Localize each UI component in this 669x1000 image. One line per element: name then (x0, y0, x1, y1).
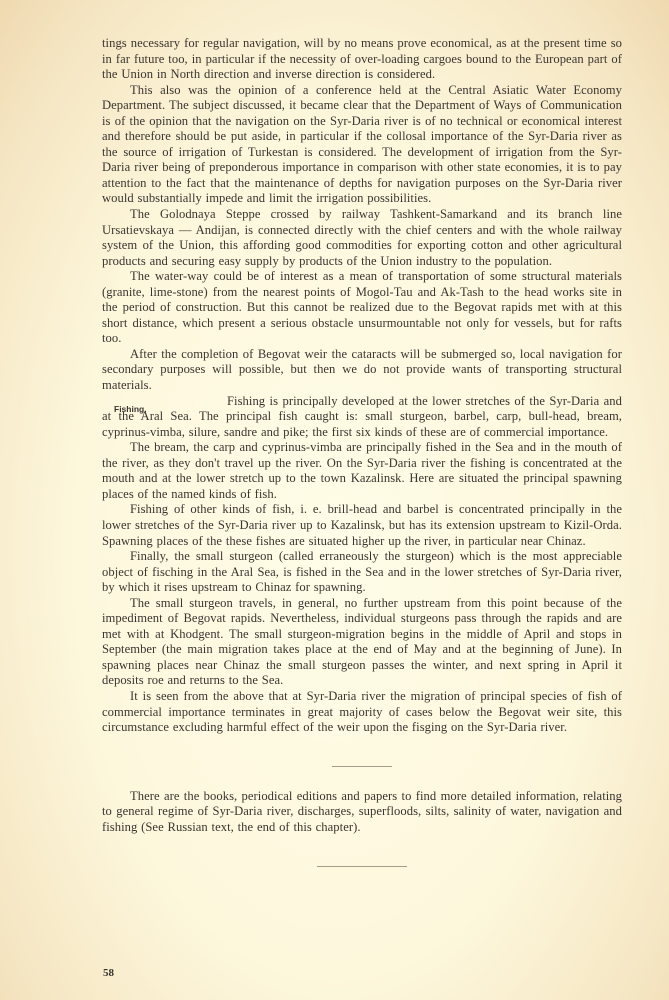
paragraph-conclusion: It is seen from the above that at Syr-Da… (102, 689, 622, 736)
paragraph-fishing-intro-text: Fishing is principally developed at the … (102, 394, 622, 439)
page-number: 58 (103, 967, 114, 979)
paragraph-begovat-weir: After the completion of Begovat weir the… (102, 347, 622, 394)
paragraph-sturgeon-migration: The small sturgeon travels, in general, … (102, 596, 622, 689)
fishing-section: Fishing. Fishing is principally develope… (102, 394, 622, 736)
paragraph-other-fish: Fishing of other kinds of fish, i. e. br… (102, 502, 622, 549)
paragraph-fishing-intro: Fishing is principally developed at the … (102, 394, 622, 441)
paragraph-navigation-continued: tings necessary for regular navigation, … (102, 36, 622, 83)
document-page: tings necessary for regular navigation, … (102, 36, 622, 867)
fishing-side-label: Fishing. (114, 404, 147, 414)
paragraph-references-note: There are the books, periodical editions… (102, 789, 622, 836)
paragraph-water-way: The water-way could be of interest as a … (102, 269, 622, 347)
section-divider-top (332, 766, 392, 767)
paragraph-golodnaya-steppe: The Golodnaya Steppe crossed by railway … (102, 207, 622, 269)
paragraph-small-sturgeon: Finally, the small sturgeon (called erra… (102, 549, 622, 596)
section-divider-bottom (317, 866, 407, 867)
paragraph-conference-opinion: This also was the opinion of a conferenc… (102, 83, 622, 207)
paragraph-bream-carp: The bream, the carp and cyprinus-vimba a… (102, 440, 622, 502)
